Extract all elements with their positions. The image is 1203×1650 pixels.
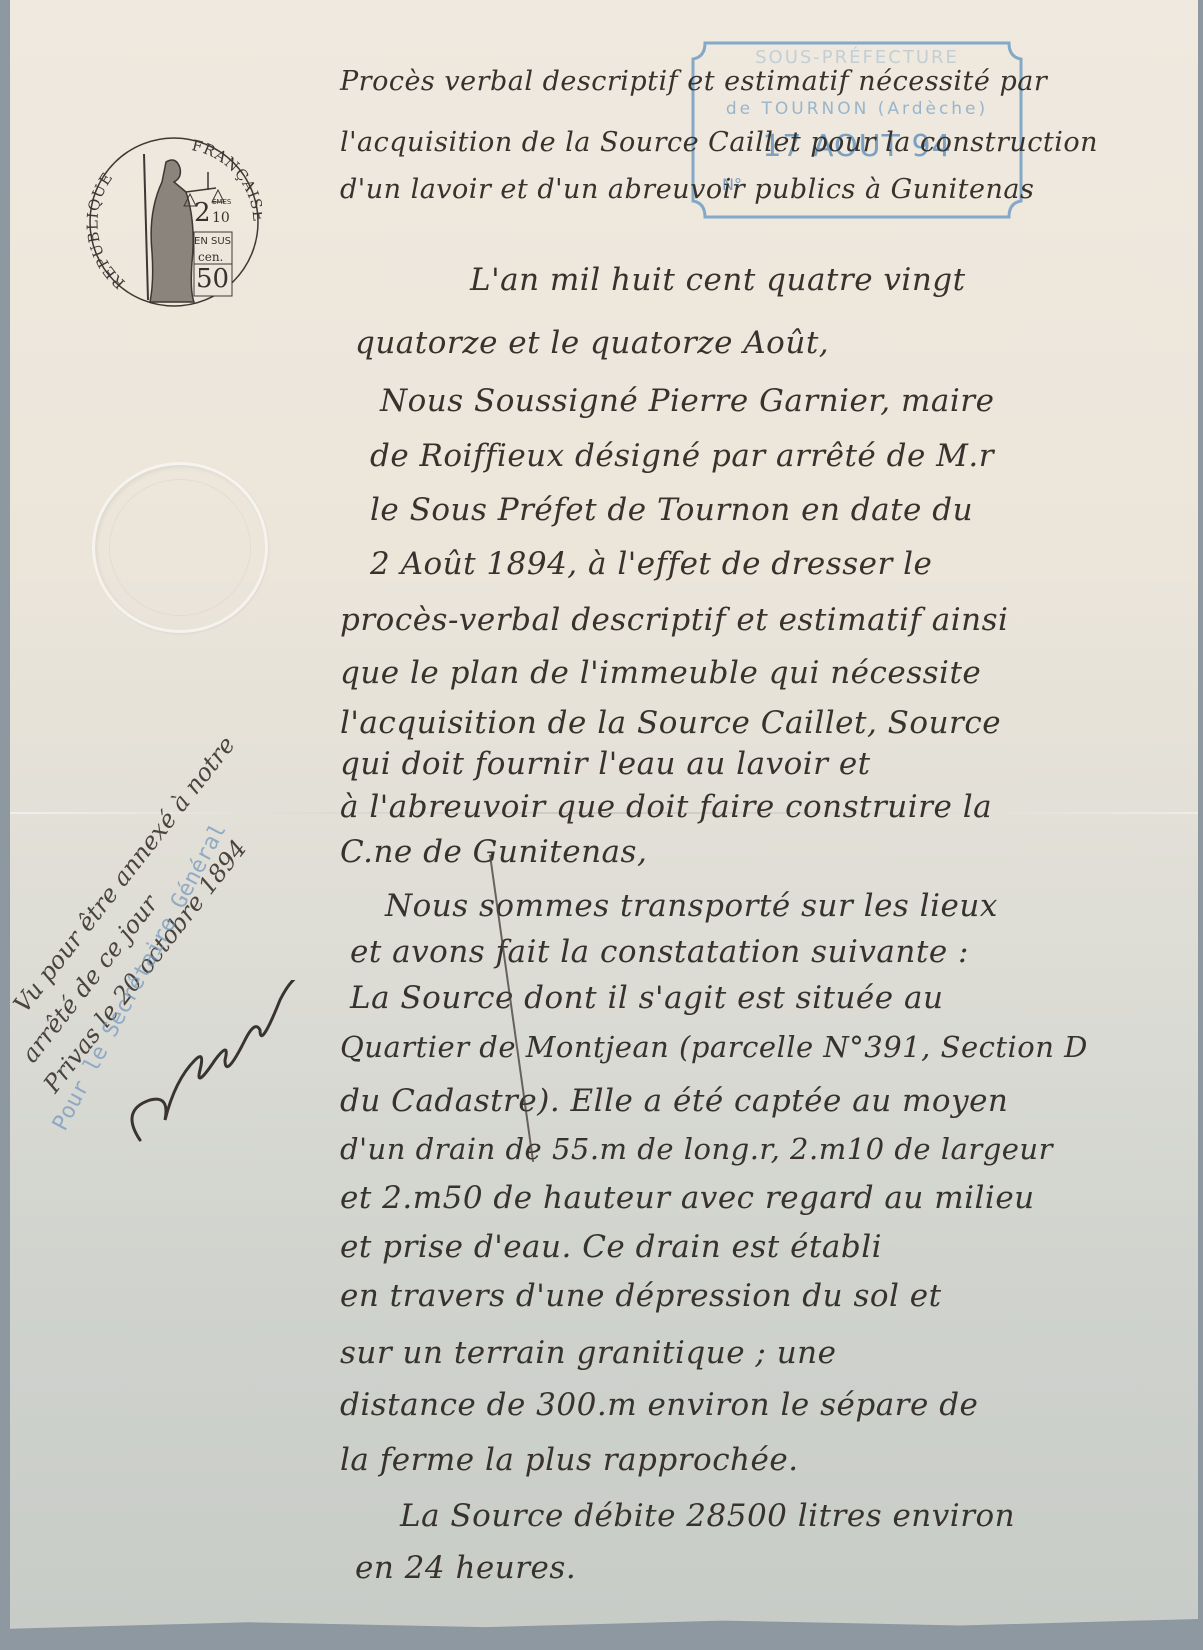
body-line: qui doit fournir l'eau au lavoir et [340,746,871,782]
stamp-line2: de TOURNON (Ardèche) [687,99,1027,119]
title-line-1: Procès verbal descriptif et estimatif né… [340,66,1047,97]
body-line: d'un drain de 55.m de long.r, 2.m10 de l… [340,1132,1053,1166]
stamp-value-sub: 10 [212,210,230,226]
body-line: en 24 heures. [355,1550,576,1586]
body-line: distance de 300.m environ le sépare de [340,1387,978,1423]
body-line: et 2.m50 de hauteur avec regard au milie… [340,1180,1035,1216]
body-line: et prise d'eau. Ce drain est établi [340,1229,882,1265]
body-line: en travers d'une dépression du sol et [340,1278,942,1314]
body-line: que le plan de l'immeuble qui nécessite [340,655,981,691]
title-line-2: l'acquisition de la Source Caillet pour … [340,127,1098,158]
title-line-3: d'un lavoir et d'un abreuvoir publics à … [340,174,1034,205]
signature [110,980,340,1150]
body-line: procès-verbal descriptif et estimatif ai… [340,602,1008,638]
body-line: le Sous Préfet de Tournon en date du [370,492,973,528]
body-line: de Roiffieux désigné par arrêté de M.r [370,438,994,474]
stamp-amount: 50 [196,264,229,294]
body-line: La Source dont il s'agit est située au [350,980,943,1016]
body-line: Nous sommes transporté sur les lieux [385,888,998,924]
body-line: la ferme la plus rapprochée. [340,1442,799,1478]
body-line: L'an mil huit cent quatre vingt [470,262,966,298]
stamp-line1: SOUS-PRÉFECTURE [687,47,1027,68]
body-line: et avons fait la constatation suivante : [350,934,969,970]
body-line: 2 Août 1894, à l'effet de dresser le [370,546,932,582]
svg-text:REPUBLIQUE: REPUBLIQUE [86,169,129,293]
body-line: sur un terrain granitique ; une [340,1335,836,1371]
body-line: Quartier de Montjean (parcelle N°391, Se… [340,1030,1088,1064]
body-line: La Source débite 28500 litres environ [400,1498,1015,1534]
tax-stamp-republique-francaise: REPUBLIQUE FRANÇAISE 2 ÈMES 10 EN SUS ce… [86,132,262,308]
stamp-unit: cen. [198,250,223,264]
body-line: à l'abreuvoir que doit faire construire … [340,789,992,825]
stamp-value-top: 2 [194,198,211,228]
justice-figure-icon: REPUBLIQUE FRANÇAISE [86,132,262,308]
signature-flourish-icon [110,980,340,1150]
stamp-value-sup: ÈMES [212,198,231,206]
body-line: l'acquisition de la Source Caillet, Sour… [340,705,1001,741]
body-line: Nous Soussigné Pierre Garnier, maire [380,383,994,419]
stamp-ring-left: REPUBLIQUE [86,169,129,293]
stamp-en-sus: EN SUS [194,236,231,247]
body-line: C.ne de Gunitenas, [340,834,647,870]
embossed-seal [92,462,268,633]
body-line: quatorze et le quatorze Août, [355,325,829,361]
body-line: du Cadastre). Elle a été captée au moyen [340,1083,1008,1119]
